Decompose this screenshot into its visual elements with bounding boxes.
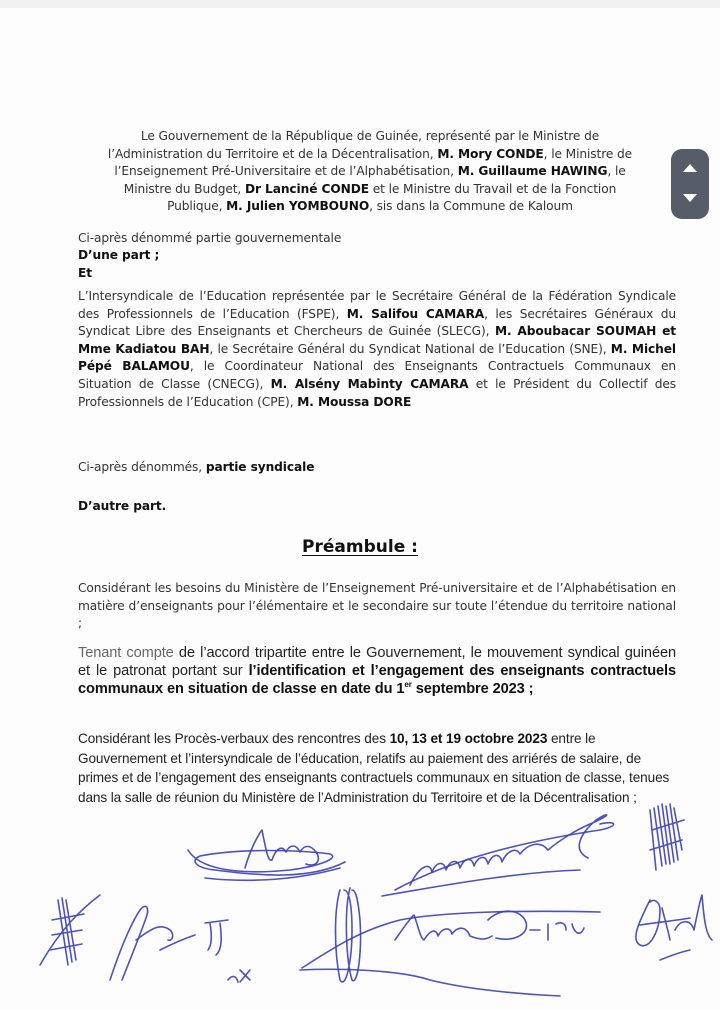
minister-name: M. Julien YOMBOUNO [226, 199, 369, 213]
other-part-label: D’autre part. [78, 498, 166, 516]
ordinal-superscript: er [404, 680, 411, 689]
triangle-up-icon [683, 164, 697, 172]
union-rep-name: M. Alsény Mabinty CAMARA [271, 377, 469, 391]
preamble-title: Préambule : [0, 537, 720, 557]
top-bar [0, 0, 720, 8]
unions-text: , le Secrétaire Général du Syndicat Nati… [209, 342, 610, 356]
signature-6 [300, 888, 600, 996]
minister-name: M. Guillaume HAWING [458, 164, 608, 178]
union-rep-name: M. Salifou CAMARA [347, 307, 484, 321]
considering-3-text: Considérant les Procès-verbaux des renco… [78, 731, 390, 746]
triangle-down-icon [683, 194, 697, 202]
page-up-button[interactable] [671, 149, 709, 184]
unions-paragraph: L’Intersyndicale de l’Education représen… [78, 288, 676, 411]
considering-paragraph-2: Tenant compte de l’accord tripartite ent… [78, 644, 676, 698]
signature-3 [650, 804, 684, 870]
considering-2-bold-end: septembre 2023 ; [412, 681, 534, 697]
and-label: Et [78, 265, 92, 283]
signature-5 [40, 895, 250, 982]
intro-paragraph: Le Gouvernement de la République de Guin… [96, 128, 644, 216]
intro-text: , sis dans la Commune de Kaloum [369, 199, 573, 213]
union-rep-name: M. Moussa DORE [297, 395, 411, 409]
signatures-area [0, 790, 720, 1010]
signature-4 [636, 895, 712, 960]
minister-name: Dr Lanciné CONDE [245, 182, 369, 196]
first-part-text: D’une part ; [78, 248, 159, 262]
minister-name: M. Mory CONDE [437, 147, 543, 161]
other-part-text: D’autre part. [78, 499, 166, 513]
meeting-dates: 10, 13 et 19 octobre 2023 [390, 731, 548, 746]
gov-party-label: Ci-après dénommé partie gouvernementale [78, 230, 341, 248]
page-down-button[interactable] [671, 184, 709, 219]
and-text: Et [78, 266, 92, 280]
union-party-text: Ci-après dénommés, [78, 460, 206, 474]
union-party-label: Ci-après dénommés, partie syndicale [78, 459, 314, 477]
first-part-label: D’une part ; [78, 247, 159, 265]
signature-1 [188, 830, 345, 880]
page-navigation-control [671, 149, 709, 219]
signature-2 [382, 815, 614, 896]
considering-2-lead: Tenant compte [78, 645, 174, 661]
considering-paragraph-1: Considérant les besoins du Ministère de … [78, 580, 676, 633]
union-party-bold: partie syndicale [206, 460, 315, 474]
